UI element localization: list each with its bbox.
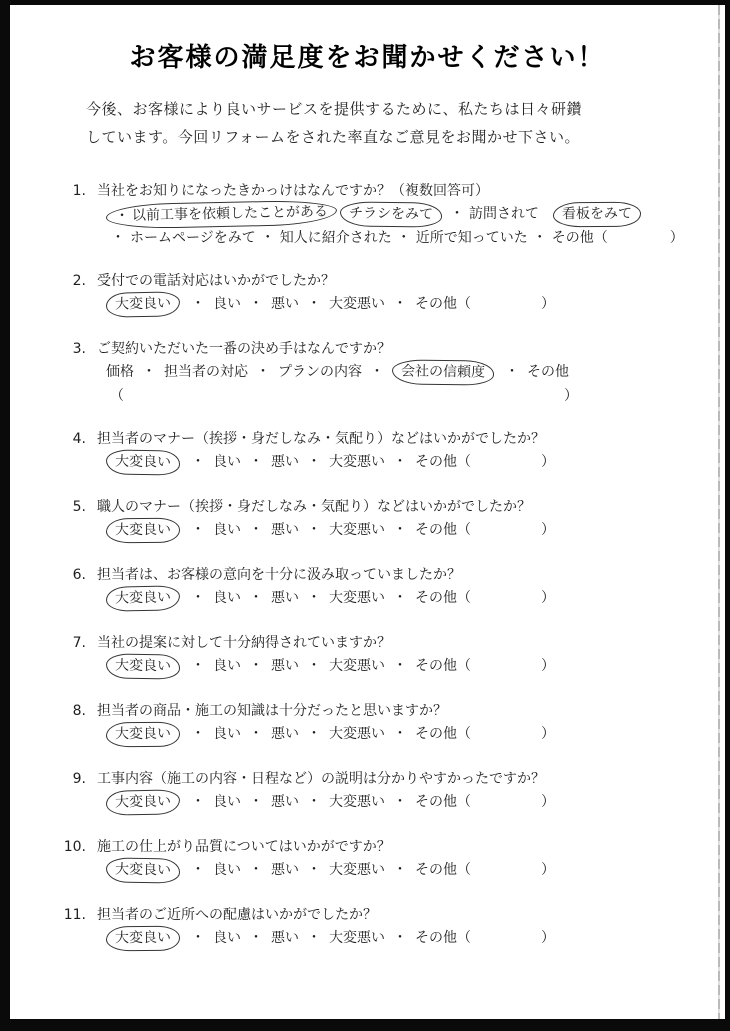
option-label: 良い bbox=[213, 454, 241, 470]
bullet: ・ bbox=[249, 859, 263, 881]
rating-options: 大変良い・良い・悪い・大変悪い・その他（） bbox=[10, 722, 725, 747]
option-label: 悪い bbox=[271, 296, 299, 312]
option-label: 大変悪い bbox=[329, 794, 385, 810]
circled-answer: 大変良い bbox=[106, 518, 180, 544]
intro-line: 今後、お客様により良いサービスを提供するために、私たちは日々研鑽 bbox=[86, 95, 725, 123]
circled-answer: 大変良い bbox=[106, 585, 181, 612]
option-label: 良い bbox=[213, 726, 241, 742]
circled-answer: 大変良い bbox=[106, 653, 180, 679]
bullet: ・ bbox=[307, 927, 321, 949]
bullet: ・ bbox=[249, 927, 263, 949]
circled-answer: 大変良い bbox=[106, 789, 181, 816]
option-label: 大変良い bbox=[115, 522, 171, 538]
bullet: ・ bbox=[393, 723, 407, 745]
option-label: チラシをみて bbox=[349, 205, 433, 222]
option-label: 担当者の対応 bbox=[164, 364, 248, 380]
option-label: 大変良い bbox=[115, 862, 171, 879]
option-label: 悪い bbox=[271, 454, 299, 470]
question-number: 1. bbox=[60, 180, 86, 202]
option-label: その他（ bbox=[415, 862, 471, 878]
option-label: 大変悪い bbox=[329, 590, 385, 606]
question-number: 5. bbox=[60, 496, 86, 518]
circled-answer: 大変良い bbox=[106, 857, 180, 883]
option-label: 大変良い bbox=[115, 454, 171, 471]
option-label: 悪い bbox=[271, 930, 299, 946]
paren-close: ） bbox=[541, 726, 555, 742]
option-label: 大変悪い bbox=[329, 658, 385, 674]
option-label: 良い bbox=[213, 296, 241, 312]
bullet: ・ bbox=[261, 227, 275, 249]
circled-answer: 会社の信頼度 bbox=[392, 359, 494, 385]
question-number: 8. bbox=[60, 700, 86, 722]
question-11: 11.担当者のご近所への配慮はいかがでしたか？ 大変良い・良い・悪い・大変悪い・… bbox=[10, 904, 725, 951]
option-label: 良い bbox=[213, 930, 241, 946]
bullet: ・ bbox=[393, 519, 407, 541]
circled-answer: 大変良い bbox=[106, 449, 180, 475]
bullet: ・ bbox=[191, 519, 205, 541]
option-label: 悪い bbox=[271, 590, 299, 606]
bullet: ・ bbox=[249, 519, 263, 541]
option-label: 看板をみて bbox=[562, 206, 632, 223]
circled-answer: 看板をみて bbox=[553, 202, 641, 228]
paren-close: ） bbox=[541, 522, 555, 538]
option-label: その他（ bbox=[415, 930, 471, 946]
intro-paragraph: 今後、お客様により良いサービスを提供するために、私たちは日々研鑽 しています。今… bbox=[86, 95, 725, 151]
bullet: ・ bbox=[115, 208, 129, 224]
option-label: 大変悪い bbox=[329, 862, 385, 878]
bullet: ・ bbox=[307, 859, 321, 881]
bullet: ・ bbox=[307, 519, 321, 541]
option-label: 大変良い bbox=[115, 726, 171, 742]
question-text: 担当者のマナー（挨拶・身だしなみ・気配り）などはいかがでしたか？ bbox=[97, 431, 545, 447]
option-label: 大変良い bbox=[115, 589, 171, 606]
paren-close: ） bbox=[541, 862, 555, 878]
question-text: 受付での電話対応はいかがでしたか？ bbox=[97, 273, 335, 289]
bullet: ・ bbox=[505, 361, 519, 383]
question-heading: 11.担当者のご近所への配慮はいかがでしたか？ bbox=[10, 904, 725, 926]
question-number: 10. bbox=[60, 836, 86, 858]
option-label: 大変良い bbox=[115, 295, 171, 312]
bullet: ・ bbox=[142, 361, 156, 383]
option-label: その他（ bbox=[415, 522, 471, 538]
bullet: ・ bbox=[191, 451, 205, 473]
intro-line: しています。今回リフォームをされた率直なご意見をお聞かせ下さい。 bbox=[86, 123, 725, 151]
question-heading: 9.工事内容（施工の内容・日程など）の説明は分かりやすかったですか？ bbox=[10, 768, 725, 790]
option-label: ホームページをみて bbox=[130, 230, 256, 246]
paren-close: ） bbox=[670, 230, 684, 246]
question-text: 担当者の商品・施工の知識は十分だったと思いますか？ bbox=[97, 703, 447, 719]
bullet: ・ bbox=[249, 451, 263, 473]
question-heading: 6.担当者は、お客様の意向を十分に汲み取っていましたか？ bbox=[10, 564, 725, 586]
question-2: 2.受付での電話対応はいかがでしたか？ 大変良い・良い・悪い・大変悪い・その他（… bbox=[10, 270, 725, 317]
scan-artifact-line bbox=[718, 5, 720, 1019]
bullet: ・ bbox=[191, 859, 205, 881]
question-number: 4. bbox=[60, 428, 86, 450]
bullet: ・ bbox=[191, 791, 205, 813]
bullet: ・ bbox=[111, 227, 125, 249]
option-label: 知人に紹介された bbox=[280, 230, 392, 246]
option-label: 悪い bbox=[271, 522, 299, 538]
option-label: 大変悪い bbox=[329, 930, 385, 946]
option-label: 良い bbox=[213, 862, 241, 878]
bullet: ・ bbox=[191, 587, 205, 609]
question-6: 6.担当者は、お客様の意向を十分に汲み取っていましたか？ 大変良い・良い・悪い・… bbox=[10, 564, 725, 611]
paren-close: ） bbox=[541, 658, 555, 674]
bullet: ・ bbox=[307, 655, 321, 677]
option-label: 悪い bbox=[271, 658, 299, 674]
question-list: 1.当社をお知りになったきかっけはなんですか？（複数回答可） ・以前工事を依頼し… bbox=[10, 180, 725, 951]
question-5: 5.職人のマナー（挨拶・身だしなみ・気配り）などはいかがでしたか？ 大変良い・良… bbox=[10, 496, 725, 543]
option-label: 悪い bbox=[271, 726, 299, 742]
question-options-row1: ・以前工事を依頼したことがあるチラシをみて・訪問されて看板をみて bbox=[10, 202, 725, 227]
bullet: ・ bbox=[249, 587, 263, 609]
option-label: 良い bbox=[213, 522, 241, 538]
bullet: ・ bbox=[393, 655, 407, 677]
bullet: ・ bbox=[450, 203, 464, 225]
bullet: ・ bbox=[393, 859, 407, 881]
circled-answer: 大変良い bbox=[106, 926, 180, 952]
circled-answer: 大変良い bbox=[106, 722, 180, 748]
question-number: 7. bbox=[60, 632, 86, 654]
bullet: ・ bbox=[393, 791, 407, 813]
option-label: その他（ bbox=[415, 454, 471, 470]
question-number: 11. bbox=[60, 904, 86, 926]
survey-page: お客様の満足度をお聞かせください！ 今後、お客様により良いサービスを提供するため… bbox=[0, 0, 730, 1031]
paren-close: ） bbox=[564, 388, 578, 404]
question-number: 2. bbox=[60, 270, 86, 292]
bullet: ・ bbox=[370, 361, 384, 383]
rating-options: 大変良い・良い・悪い・大変悪い・その他（） bbox=[10, 292, 725, 317]
rating-options: 大変良い・良い・悪い・大変悪い・その他（） bbox=[10, 586, 725, 611]
bullet: ・ bbox=[307, 587, 321, 609]
question-heading: 4.担当者のマナー（挨拶・身だしなみ・気配り）などはいかがでしたか？ bbox=[10, 428, 725, 450]
option-label: その他（ bbox=[552, 230, 608, 246]
question-heading: 5.職人のマナー（挨拶・身だしなみ・気配り）などはいかがでしたか？ bbox=[10, 496, 725, 518]
option-label: 大変悪い bbox=[329, 454, 385, 470]
rating-options: 大変良い・良い・悪い・大変悪い・その他（） bbox=[10, 790, 725, 815]
option-label: 大変良い bbox=[115, 930, 171, 946]
bullet: ・ bbox=[249, 293, 263, 315]
paren-close: ） bbox=[541, 930, 555, 946]
paren-close: ） bbox=[541, 296, 555, 312]
bullet: ・ bbox=[249, 655, 263, 677]
question-options-row1: 価格・担当者の対応・プランの内容・会社の信頼度・その他 bbox=[10, 360, 725, 385]
question-text: 職人のマナー（挨拶・身だしなみ・気配り）などはいかがでしたか？ bbox=[97, 499, 531, 515]
option-label: 会社の信頼度 bbox=[401, 363, 485, 380]
bullet: ・ bbox=[249, 791, 263, 813]
bullet: ・ bbox=[397, 227, 411, 249]
question-text: 施工の仕上がり品質についてはいかがですか？ bbox=[97, 839, 391, 855]
question-options-row2: （） bbox=[10, 385, 725, 407]
rating-options: 大変良い・良い・悪い・大変悪い・その他（） bbox=[10, 518, 725, 543]
option-label: プランの内容 bbox=[278, 364, 362, 380]
option-label: その他（ bbox=[415, 590, 471, 606]
question-heading: 2.受付での電話対応はいかがでしたか？ bbox=[10, 270, 725, 292]
bullet: ・ bbox=[307, 723, 321, 745]
question-heading: 7.当社の提案に対して十分納得されていますか？ bbox=[10, 632, 725, 654]
circled-answer: ・以前工事を依頼したことがある bbox=[106, 200, 337, 230]
bullet: ・ bbox=[393, 293, 407, 315]
option-label: 大変良い bbox=[115, 793, 171, 810]
option-label: 大変悪い bbox=[329, 726, 385, 742]
bullet: ・ bbox=[393, 587, 407, 609]
paren-close: ） bbox=[541, 590, 555, 606]
paren-close: ） bbox=[541, 454, 555, 470]
question-heading: 1.当社をお知りになったきかっけはなんですか？（複数回答可） bbox=[10, 180, 725, 202]
option-label: その他 bbox=[527, 364, 569, 380]
rating-options: 大変良い・良い・悪い・大変悪い・その他（） bbox=[10, 926, 725, 951]
bullet: ・ bbox=[191, 293, 205, 315]
option-label: 良い bbox=[213, 590, 241, 606]
paren-close: ） bbox=[541, 794, 555, 810]
bullet: ・ bbox=[393, 927, 407, 949]
option-label: その他（ bbox=[415, 658, 471, 674]
bullet: ・ bbox=[533, 227, 547, 249]
option-label: その他（ bbox=[415, 296, 471, 312]
question-heading: 8.担当者の商品・施工の知識は十分だったと思いますか？ bbox=[10, 700, 725, 722]
option-label: 悪い bbox=[271, 794, 299, 810]
question-number: 9. bbox=[60, 768, 86, 790]
question-heading: 10.施工の仕上がり品質についてはいかがですか？ bbox=[10, 836, 725, 858]
page-title: お客様の満足度をお聞かせください！ bbox=[10, 37, 725, 74]
question-number: 3. bbox=[60, 338, 86, 360]
question-text: 担当者は、お客様の意向を十分に汲み取っていましたか？ bbox=[97, 567, 461, 583]
bullet: ・ bbox=[307, 451, 321, 473]
circled-answer: 大変良い bbox=[106, 291, 181, 318]
bullet: ・ bbox=[393, 451, 407, 473]
rating-options: 大変良い・良い・悪い・大変悪い・その他（） bbox=[10, 654, 725, 679]
option-label: 価格 bbox=[106, 364, 134, 380]
question-options-row2: ・ホームページをみて・知人に紹介された・近所で知っていた・その他（） bbox=[10, 227, 725, 249]
option-label: その他（ bbox=[415, 726, 471, 742]
question-text: ご契約いただいた一番の決め手はなんですか？ bbox=[97, 341, 391, 357]
option-label: 訪問されて bbox=[469, 206, 539, 222]
option-label: 大変悪い bbox=[329, 296, 385, 312]
option-label: 大変良い bbox=[115, 658, 171, 675]
question-1: 1.当社をお知りになったきかっけはなんですか？（複数回答可） ・以前工事を依頼し… bbox=[10, 180, 725, 249]
bullet: ・ bbox=[307, 293, 321, 315]
question-text: 当社の提案に対して十分納得されていますか？ bbox=[97, 635, 391, 651]
option-label: 以前工事を依頼したことがある bbox=[132, 204, 328, 224]
bullet: ・ bbox=[191, 927, 205, 949]
question-7: 7.当社の提案に対して十分納得されていますか？ 大変良い・良い・悪い・大変悪い・… bbox=[10, 632, 725, 679]
question-text: 当社をお知りになったきかっけはなんですか？（複数回答可） bbox=[97, 183, 489, 199]
bullet: ・ bbox=[191, 655, 205, 677]
bullet: ・ bbox=[256, 361, 270, 383]
bullet: ・ bbox=[191, 723, 205, 745]
question-text: 担当者のご近所への配慮はいかがでしたか？ bbox=[97, 907, 377, 923]
question-3: 3.ご契約いただいた一番の決め手はなんですか？ 価格・担当者の対応・プランの内容… bbox=[10, 338, 725, 407]
rating-options: 大変良い・良い・悪い・大変悪い・その他（） bbox=[10, 858, 725, 883]
circled-answer: チラシをみて bbox=[340, 201, 442, 227]
question-9: 9.工事内容（施工の内容・日程など）の説明は分かりやすかったですか？ 大変良い・… bbox=[10, 768, 725, 815]
option-label: 大変悪い bbox=[329, 522, 385, 538]
rating-options: 大変良い・良い・悪い・大変悪い・その他（） bbox=[10, 450, 725, 475]
question-8: 8.担当者の商品・施工の知識は十分だったと思いますか？ 大変良い・良い・悪い・大… bbox=[10, 700, 725, 747]
question-number: 6. bbox=[60, 564, 86, 586]
question-text: 工事内容（施工の内容・日程など）の説明は分かりやすかったですか？ bbox=[97, 771, 545, 787]
bullet: ・ bbox=[249, 723, 263, 745]
option-label: 近所で知っていた bbox=[416, 230, 528, 246]
option-label: その他（ bbox=[415, 794, 471, 810]
question-4: 4.担当者のマナー（挨拶・身だしなみ・気配り）などはいかがでしたか？ 大変良い・… bbox=[10, 428, 725, 475]
paren-open: （ bbox=[110, 388, 124, 404]
option-label: 良い bbox=[213, 794, 241, 810]
question-heading: 3.ご契約いただいた一番の決め手はなんですか？ bbox=[10, 338, 725, 360]
question-10: 10.施工の仕上がり品質についてはいかがですか？ 大変良い・良い・悪い・大変悪い… bbox=[10, 836, 725, 883]
option-label: 悪い bbox=[271, 862, 299, 878]
bullet: ・ bbox=[307, 791, 321, 813]
option-label: 良い bbox=[213, 658, 241, 674]
